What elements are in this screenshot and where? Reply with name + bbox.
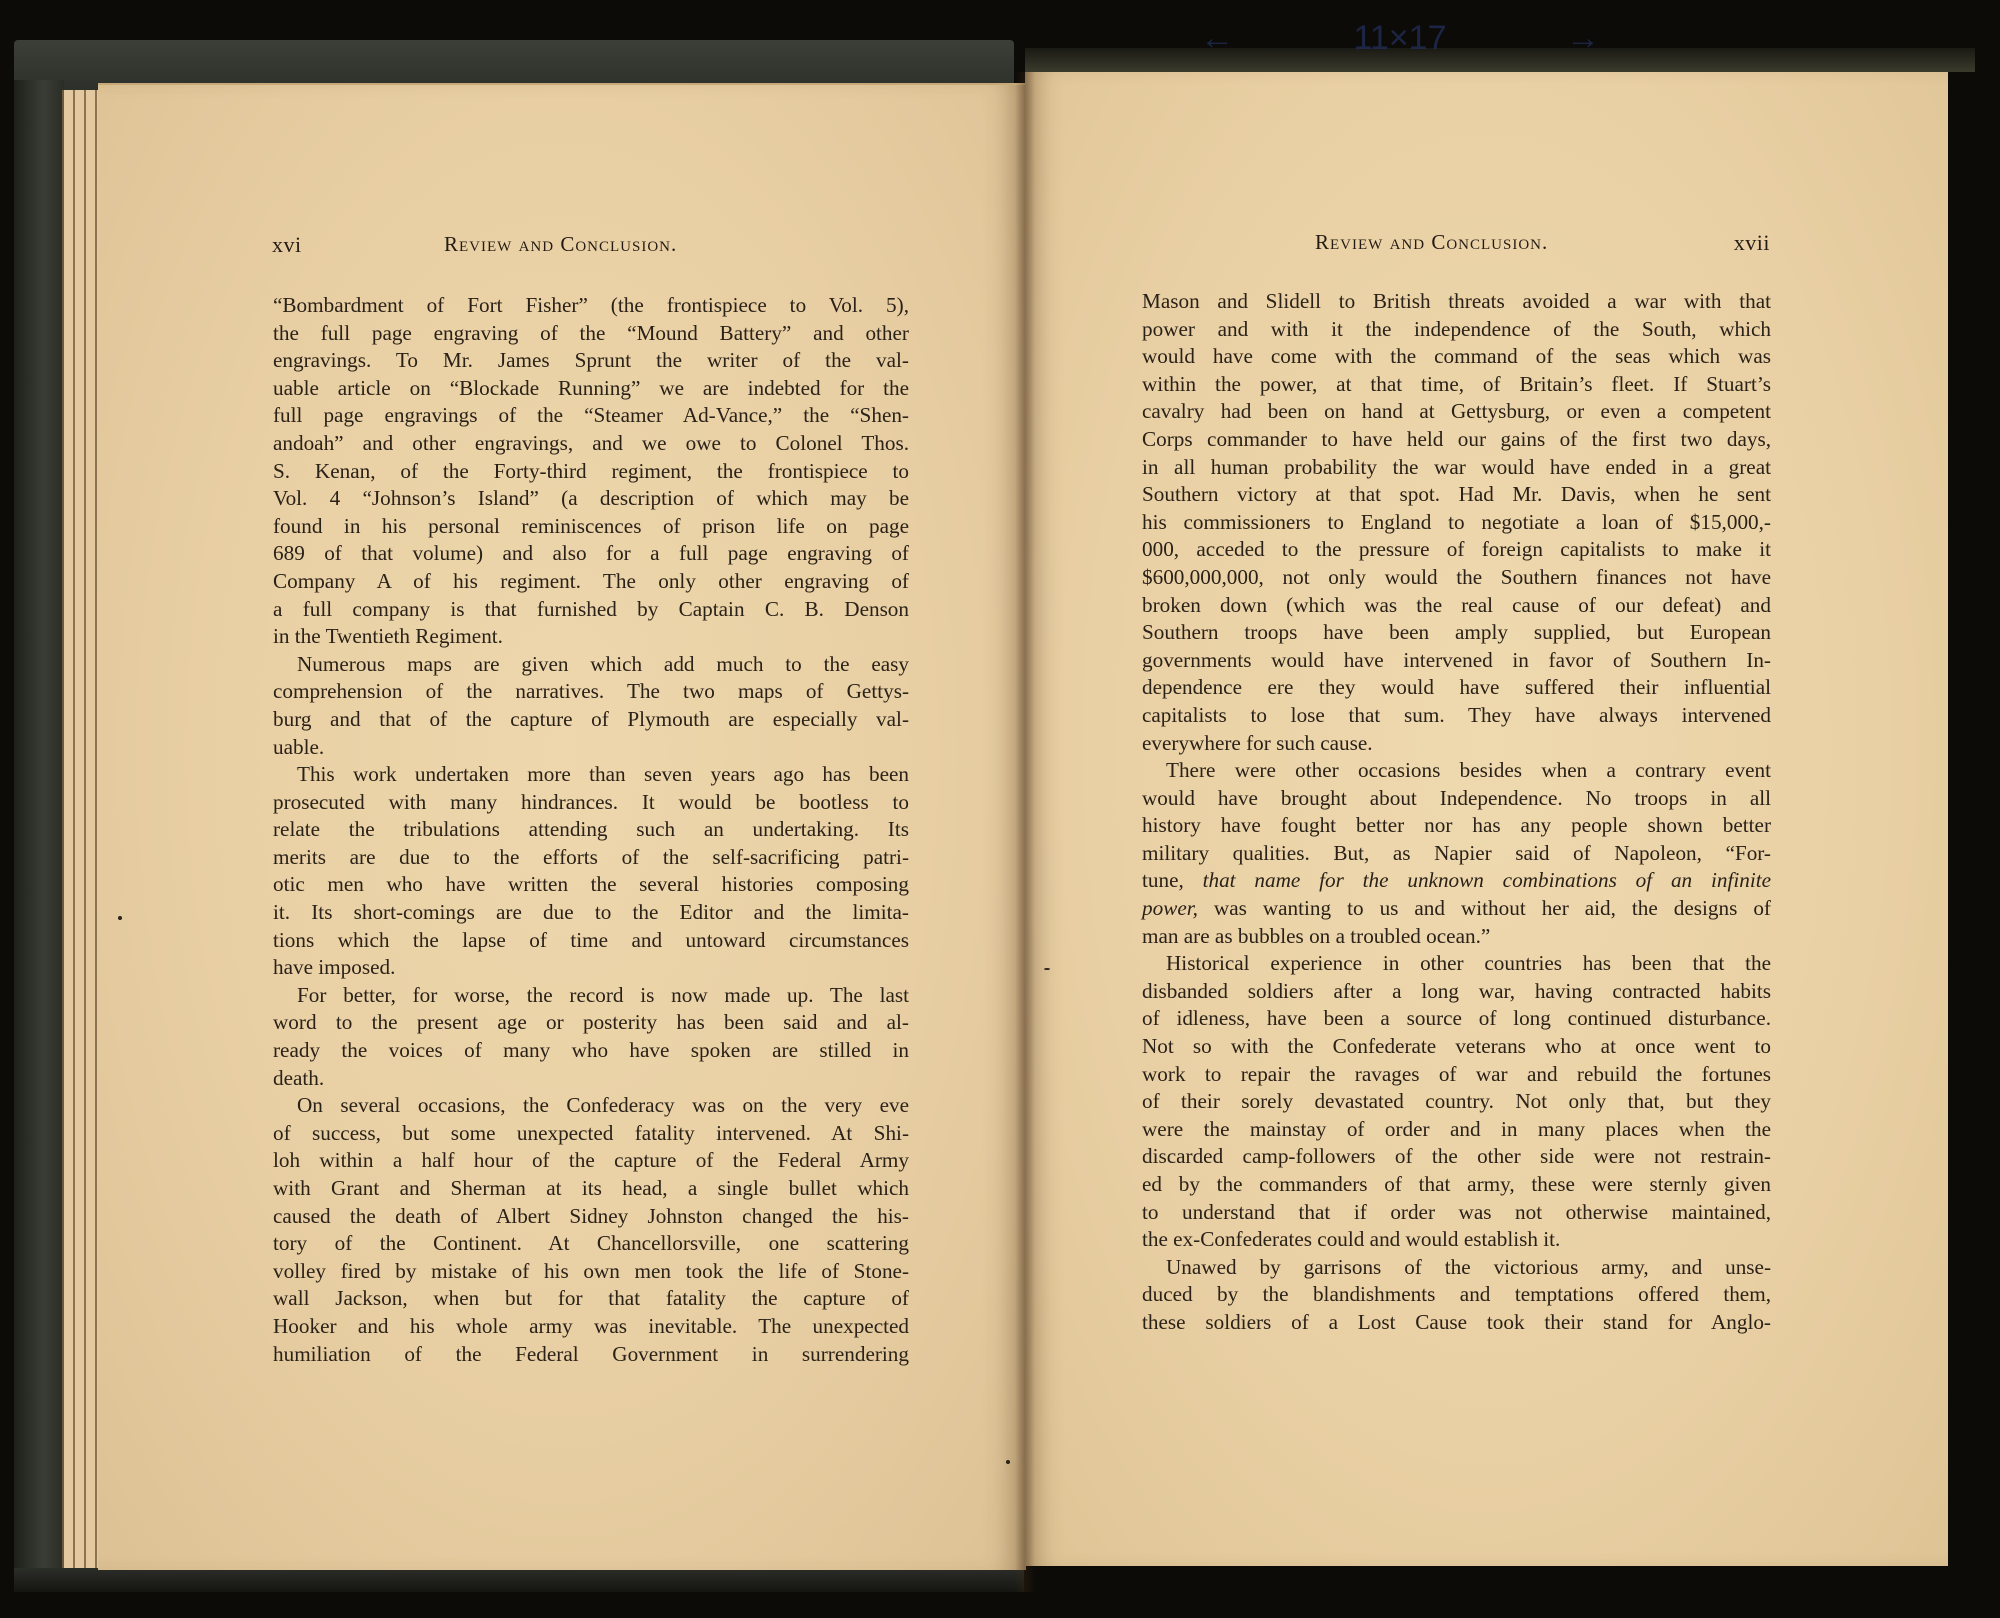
- text-line: wall Jackson, when but for that fatality…: [273, 1285, 909, 1313]
- text-line: Numerous maps are given which add much t…: [273, 651, 909, 679]
- text-line: On several occasions, the Confederacy wa…: [273, 1092, 909, 1120]
- text-line: broken down (which was the real cause of…: [1142, 592, 1771, 620]
- text-run: uable article on “Blockade Running” we a…: [273, 376, 909, 400]
- text-line: For better, for worse, the record is now…: [273, 982, 909, 1010]
- text-run: disbanded soldiers after a long war, hav…: [1142, 979, 1771, 1003]
- text-line: full page engravings of the “Steamer Ad-…: [273, 402, 909, 430]
- text-line: of their sorely devastated country. Not …: [1142, 1088, 1771, 1116]
- text-line: caused the death of Albert Sidney Johnst…: [273, 1203, 909, 1231]
- text-line: 689 of that volume) and also for a full …: [273, 540, 909, 568]
- text-run: Historical experience in other countries…: [1166, 951, 1771, 975]
- text-line: the full page engraving of the “Mound Ba…: [273, 320, 909, 348]
- text-line: There were other occasions besides when …: [1142, 757, 1771, 785]
- left-page-header: xvi Review and Conclusion.: [272, 232, 912, 262]
- text-run: history have fought better nor has any p…: [1142, 813, 1771, 837]
- text-run: word to the present age or posterity has…: [273, 1010, 909, 1034]
- left-arrow-icon: ←: [1200, 19, 1234, 58]
- text-line: Vol. 4 “Johnson’s Island” (a description…: [273, 485, 909, 513]
- text-run: This work undertaken more than seven yea…: [297, 762, 909, 786]
- page-number: xvi: [272, 232, 302, 258]
- text-run: man are as bubbles on a troubled ocean.”: [1142, 924, 1490, 948]
- text-run: Southern victory at that spot. Had Mr. D…: [1142, 482, 1771, 506]
- text-run: full page engravings of the “Steamer Ad-…: [273, 403, 909, 427]
- text-run: a full company is that furnished by Capt…: [273, 597, 909, 621]
- running-head: Review and Conclusion.: [1315, 230, 1548, 255]
- text-line: the ex-Confederates could and would esta…: [1142, 1226, 1771, 1254]
- text-line: to understand that if order was not othe…: [1142, 1199, 1771, 1227]
- text-run: within the power, at that time, of Brita…: [1142, 372, 1771, 396]
- text-run: were the mainstay of order and in many p…: [1142, 1117, 1771, 1141]
- text-run: Southern troops have been amply supplied…: [1142, 620, 1771, 644]
- text-run: of success, but some unexpected fatality…: [273, 1121, 909, 1145]
- text-line: work to repair the ravages of war and re…: [1142, 1061, 1771, 1089]
- text-run: found in his personal reminiscences of p…: [273, 514, 909, 538]
- text-run: humiliation of the Federal Government in…: [273, 1342, 909, 1366]
- text-line: in all human probability the war would h…: [1142, 454, 1771, 482]
- text-run: “Bombardment of Fort Fisher” (the fronti…: [273, 293, 909, 317]
- text-line: within the power, at that time, of Brita…: [1142, 371, 1771, 399]
- right-page-body: Mason and Slidell to British threats avo…: [1142, 288, 1771, 1337]
- text-line: uable.: [273, 734, 909, 762]
- scan-label-strip: ← 11×17 →: [1200, 18, 1600, 58]
- text-line: Historical experience in other countries…: [1142, 950, 1771, 978]
- text-run: broken down (which was the real cause of…: [1142, 593, 1771, 617]
- right-page-header: Review and Conclusion. xvii: [1142, 230, 1770, 260]
- text-run: these soldiers of a Lost Cause took thei…: [1142, 1310, 1771, 1334]
- text-run: in all human probability the war would h…: [1142, 455, 1771, 479]
- text-line: in the Twentieth Regiment.: [273, 623, 909, 651]
- text-line: relate the tribulations attending such a…: [273, 816, 909, 844]
- text-run: S. Kenan, of the Forty-third regiment, t…: [273, 459, 909, 483]
- text-run: Numerous maps are given which add much t…: [297, 652, 909, 676]
- scan-size-label: 11×17: [1354, 19, 1447, 58]
- book-gutter: [1015, 72, 1035, 1592]
- text-line: uable article on “Blockade Running” we a…: [273, 375, 909, 403]
- text-line: humiliation of the Federal Government in…: [273, 1341, 909, 1369]
- text-line: Unawed by garrisons of the victorious ar…: [1142, 1254, 1771, 1282]
- text-line: Southern victory at that spot. Had Mr. D…: [1142, 481, 1771, 509]
- text-run: relate the tribulations attending such a…: [273, 817, 909, 841]
- text-run: discarded camp-followers of the other si…: [1142, 1144, 1771, 1168]
- text-run: Company A of his regiment. The only othe…: [273, 569, 909, 593]
- text-run: For better, for worse, the record is now…: [297, 983, 909, 1007]
- text-run: prosecuted with many hindrances. It woul…: [273, 790, 909, 814]
- text-line: ed by the commanders of that army, these…: [1142, 1171, 1771, 1199]
- text-line: it. Its short-comings are due to the Edi…: [273, 899, 909, 927]
- text-run: everywhere for such cause.: [1142, 731, 1373, 755]
- text-run: engravings. To Mr. James Sprunt the writ…: [273, 348, 909, 372]
- text-line: with Grant and Sherman at its head, a si…: [273, 1175, 909, 1203]
- text-run: the full page engraving of the “Mound Ba…: [273, 321, 909, 345]
- paper-speck: [118, 916, 122, 920]
- text-line: history have fought better nor has any p…: [1142, 812, 1771, 840]
- text-run: burg and that of the capture of Plymouth…: [273, 707, 909, 731]
- text-run: in the Twentieth Regiment.: [273, 624, 503, 648]
- text-line: andoah” and other engravings, and we owe…: [273, 430, 909, 458]
- text-run: dependence ere they would have suffered …: [1142, 675, 1771, 699]
- text-line: would have come with the command of the …: [1142, 343, 1771, 371]
- text-run: loh within a half hour of the capture of…: [273, 1148, 909, 1172]
- text-line: his commissioners to England to negotiat…: [1142, 509, 1771, 537]
- book-cover-left-edge: [14, 80, 64, 1570]
- text-line: cavalry had been on hand at Gettysburg, …: [1142, 398, 1771, 426]
- text-line: S. Kenan, of the Forty-third regiment, t…: [273, 458, 909, 486]
- text-line: have imposed.: [273, 954, 909, 982]
- text-run: 000, acceded to the pressure of foreign …: [1142, 537, 1771, 561]
- text-line: This work undertaken more than seven yea…: [273, 761, 909, 789]
- page-number: xvii: [1734, 230, 1770, 256]
- text-run: volley fired by mistake of his own men t…: [273, 1259, 909, 1283]
- text-line: word to the present age or posterity has…: [273, 1009, 909, 1037]
- text-line: Not so with the Confederate veterans who…: [1142, 1033, 1771, 1061]
- text-run: the ex-Confederates could and would esta…: [1142, 1227, 1560, 1251]
- text-run: was wanting to us and without her aid, t…: [1198, 896, 1771, 920]
- text-run: power and with it the independence of th…: [1142, 317, 1771, 341]
- text-line: of idleness, have been a source of long …: [1142, 1005, 1771, 1033]
- text-run: On several occasions, the Confederacy wa…: [297, 1093, 909, 1117]
- text-line: tions which the lapse of time and untowa…: [273, 927, 909, 955]
- text-line: death.: [273, 1065, 909, 1093]
- text-line: discarded camp-followers of the other si…: [1142, 1143, 1771, 1171]
- right-arrow-icon: →: [1566, 19, 1600, 58]
- text-line: Company A of his regiment. The only othe…: [273, 568, 909, 596]
- text-line: duced by the blandishments and temptatio…: [1142, 1281, 1771, 1309]
- text-line: dependence ere they would have suffered …: [1142, 674, 1771, 702]
- text-run: his commissioners to England to negotiat…: [1142, 510, 1771, 534]
- text-run: death.: [273, 1066, 324, 1090]
- text-line: military qualities. But, as Napier said …: [1142, 840, 1771, 868]
- text-line: Mason and Slidell to British threats avo…: [1142, 288, 1771, 316]
- text-line: Hooker and his whole army was inevitable…: [273, 1313, 909, 1341]
- text-run: military qualities. But, as Napier said …: [1142, 841, 1771, 865]
- text-run: Hooker and his whole army was inevitable…: [273, 1314, 909, 1338]
- text-run: it. Its short-comings are due to the Edi…: [273, 900, 909, 924]
- text-line: merits are due to the efforts of the sel…: [273, 844, 909, 872]
- text-line: Southern troops have been amply supplied…: [1142, 619, 1771, 647]
- text-run: cavalry had been on hand at Gettysburg, …: [1142, 399, 1771, 423]
- text-run: wall Jackson, when but for that fatality…: [273, 1286, 909, 1310]
- text-line: prosecuted with many hindrances. It woul…: [273, 789, 909, 817]
- text-run: duced by the blandishments and temptatio…: [1142, 1282, 1771, 1306]
- text-run: caused the death of Albert Sidney Johnst…: [273, 1204, 909, 1228]
- text-line: tune, that name for the unknown combinat…: [1142, 867, 1771, 895]
- text-line: would have brought about Independence. N…: [1142, 785, 1771, 813]
- text-run: ed by the commanders of that army, these…: [1142, 1172, 1771, 1196]
- text-run: tions which the lapse of time and untowa…: [273, 928, 909, 952]
- text-line: man are as bubbles on a troubled ocean.”: [1142, 923, 1771, 951]
- text-run: tory of the Continent. At Chancellorsvil…: [273, 1231, 909, 1255]
- text-line: governments would have intervened in fav…: [1142, 647, 1771, 675]
- text-run: otic men who have written the several hi…: [273, 872, 909, 896]
- text-run: would have brought about Independence. N…: [1142, 786, 1771, 810]
- text-line: power and with it the independence of th…: [1142, 316, 1771, 344]
- text-line: power, was wanting to us and without her…: [1142, 895, 1771, 923]
- text-line: $600,000,000, not only would the Souther…: [1142, 564, 1771, 592]
- italic-run: power,: [1142, 896, 1198, 920]
- text-run: $600,000,000, not only would the Souther…: [1142, 565, 1771, 589]
- text-run: have imposed.: [273, 955, 395, 979]
- text-run: Corps commander to have held our gains o…: [1142, 427, 1771, 451]
- text-run: andoah” and other engravings, and we owe…: [273, 431, 909, 455]
- text-line: tory of the Continent. At Chancellorsvil…: [273, 1230, 909, 1258]
- text-line: of success, but some unexpected fatality…: [273, 1120, 909, 1148]
- text-line: volley fired by mistake of his own men t…: [273, 1258, 909, 1286]
- text-run: ready the voices of many who have spoken…: [273, 1038, 909, 1062]
- text-run: uable.: [273, 735, 324, 759]
- text-line: disbanded soldiers after a long war, hav…: [1142, 978, 1771, 1006]
- left-page-body: “Bombardment of Fort Fisher” (the fronti…: [273, 292, 909, 1368]
- text-line: were the mainstay of order and in many p…: [1142, 1116, 1771, 1144]
- text-run: would have come with the command of the …: [1142, 344, 1771, 368]
- text-line: loh within a half hour of the capture of…: [273, 1147, 909, 1175]
- text-line: burg and that of the capture of Plymouth…: [273, 706, 909, 734]
- text-run: merits are due to the efforts of the sel…: [273, 845, 909, 869]
- text-line: a full company is that furnished by Capt…: [273, 596, 909, 624]
- italic-run: that name for the unknown combinations o…: [1203, 868, 1771, 892]
- text-run: comprehension of the narratives. The two…: [273, 679, 909, 703]
- text-line: 000, acceded to the pressure of foreign …: [1142, 536, 1771, 564]
- text-run: Not so with the Confederate veterans who…: [1142, 1034, 1771, 1058]
- text-line: “Bombardment of Fort Fisher” (the fronti…: [273, 292, 909, 320]
- text-run: Mason and Slidell to British threats avo…: [1142, 289, 1771, 313]
- text-run: tune,: [1142, 868, 1203, 892]
- text-run: work to repair the ravages of war and re…: [1142, 1062, 1771, 1086]
- text-run: to understand that if order was not othe…: [1142, 1200, 1771, 1224]
- text-run: with Grant and Sherman at its head, a si…: [273, 1176, 909, 1200]
- text-run: of their sorely devastated country. Not …: [1142, 1089, 1771, 1113]
- text-line: these soldiers of a Lost Cause took thei…: [1142, 1309, 1771, 1337]
- text-run: of idleness, have been a source of long …: [1142, 1006, 1771, 1030]
- text-line: comprehension of the narratives. The two…: [273, 678, 909, 706]
- book-cover-bottom-edge: [14, 1568, 1024, 1592]
- paper-speck: [1006, 1460, 1010, 1464]
- running-head: Review and Conclusion.: [444, 232, 677, 257]
- text-run: governments would have intervened in fav…: [1142, 648, 1771, 672]
- text-line: everywhere for such cause.: [1142, 730, 1771, 758]
- paper-speck: [1044, 968, 1050, 970]
- text-line: capitalists to lose that sum. They have …: [1142, 702, 1771, 730]
- text-run: Unawed by garrisons of the victorious ar…: [1166, 1255, 1771, 1279]
- text-line: ready the voices of many who have spoken…: [273, 1037, 909, 1065]
- text-run: 689 of that volume) and also for a full …: [273, 541, 909, 565]
- text-line: Corps commander to have held our gains o…: [1142, 426, 1771, 454]
- text-run: capitalists to lose that sum. They have …: [1142, 703, 1771, 727]
- text-line: found in his personal reminiscences of p…: [273, 513, 909, 541]
- text-line: engravings. To Mr. James Sprunt the writ…: [273, 347, 909, 375]
- text-run: There were other occasions besides when …: [1166, 758, 1771, 782]
- text-line: otic men who have written the several hi…: [273, 871, 909, 899]
- text-run: Vol. 4 “Johnson’s Island” (a description…: [273, 486, 909, 510]
